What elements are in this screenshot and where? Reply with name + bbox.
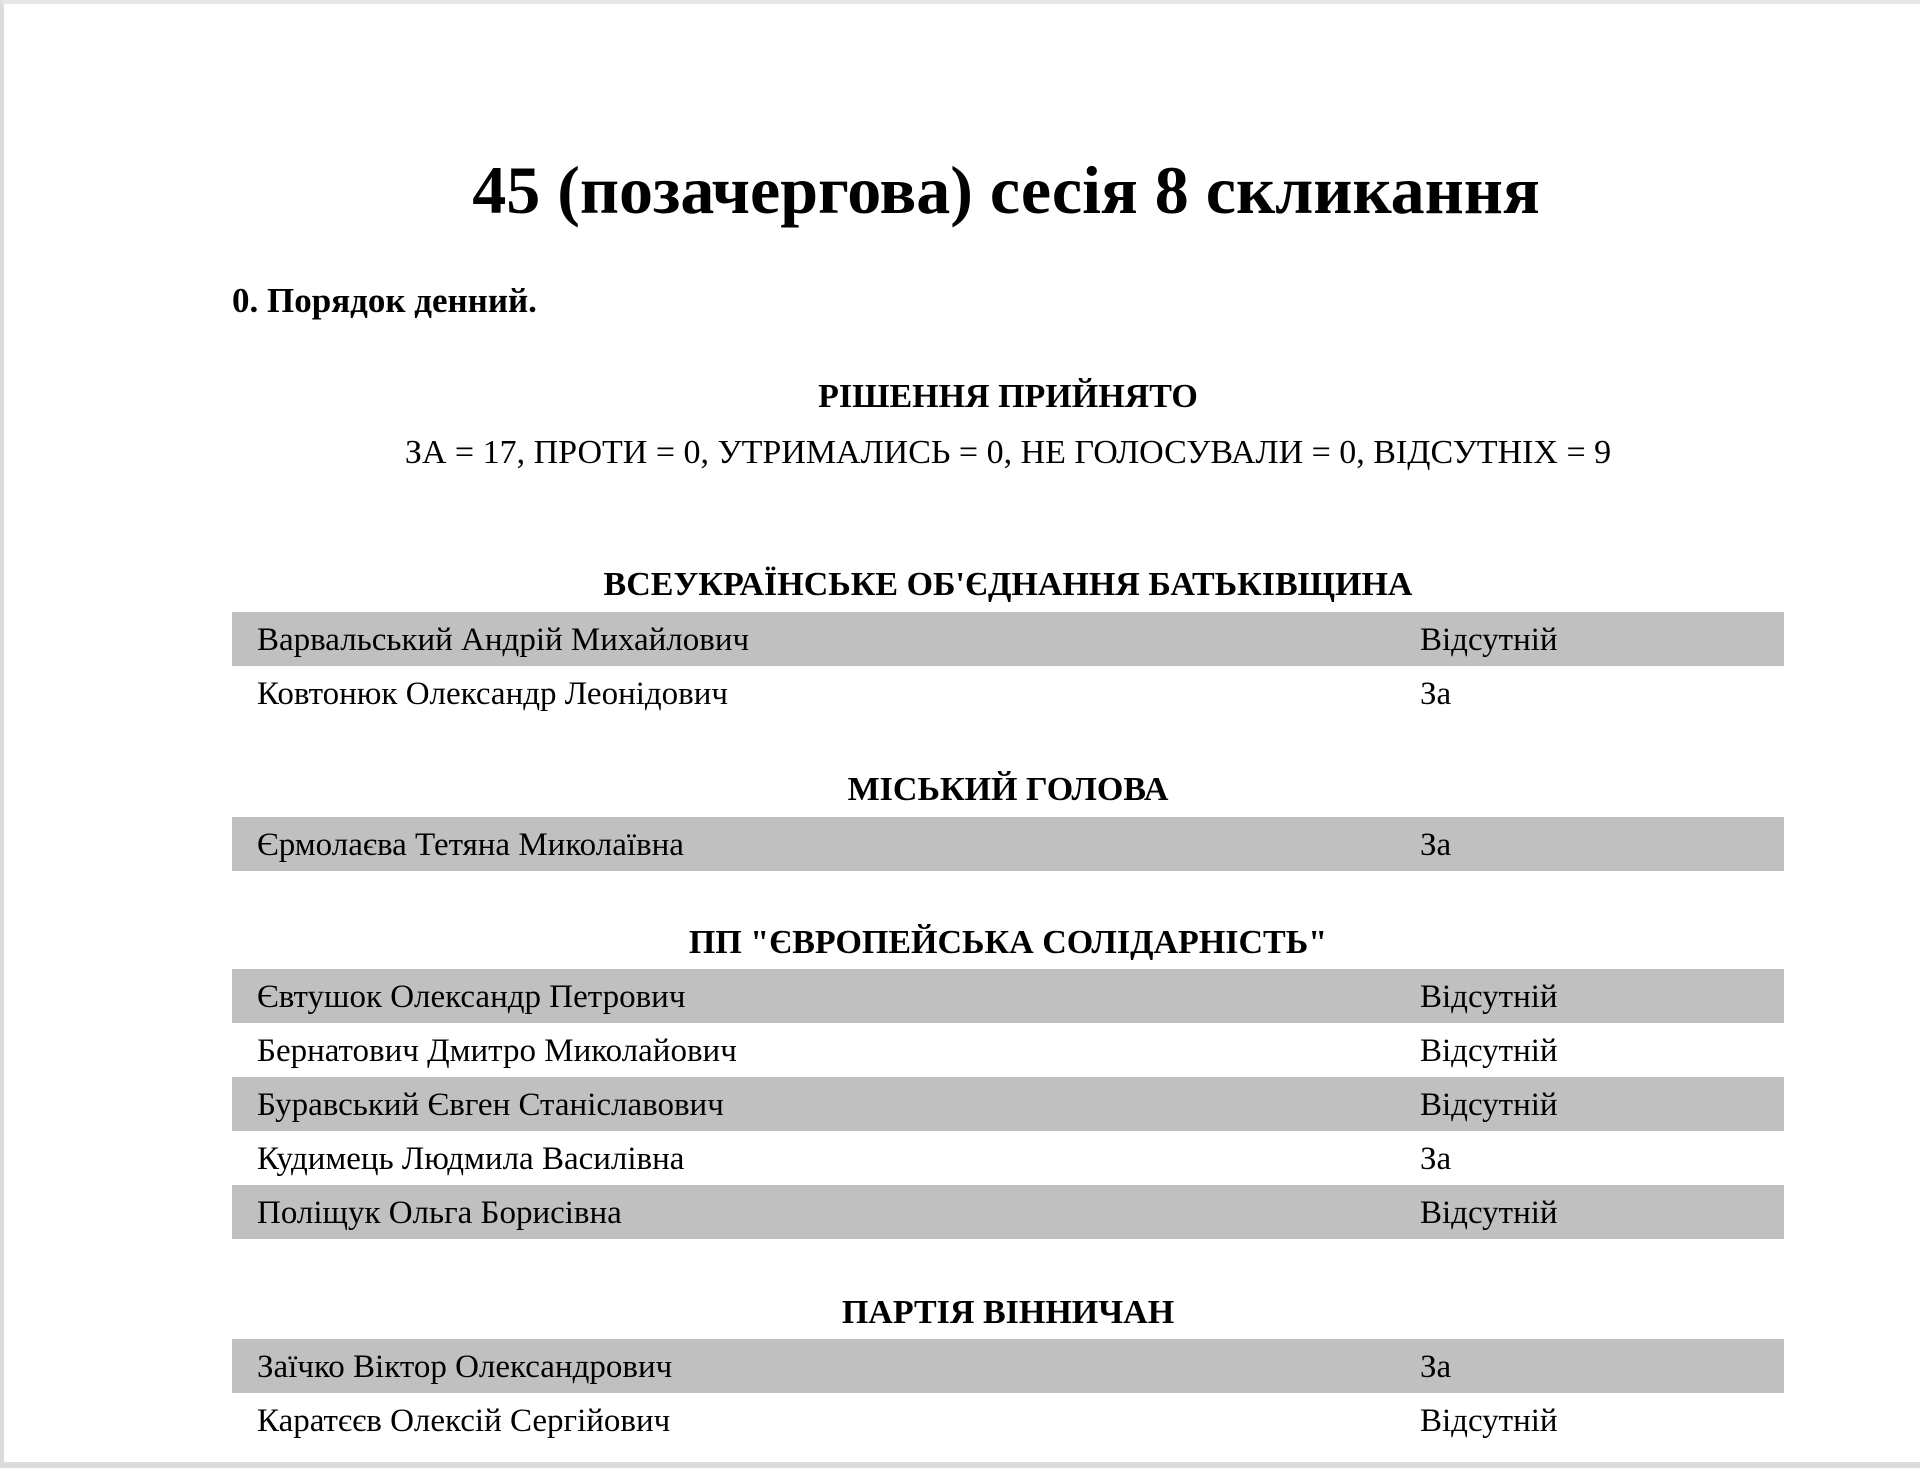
member-row: Бернатович Дмитро Миколайович Відсутній <box>232 1023 1784 1077</box>
member-vote: За <box>1420 1139 1451 1179</box>
agenda-item-heading: 0. Порядок денний. <box>232 280 537 322</box>
member-name: Варвальський Андрій Михайлович <box>257 620 749 660</box>
member-name: Заїчко Віктор Олександрович <box>257 1347 672 1387</box>
vote-tally: ЗА = 17, ПРОТИ = 0, УТРИМАЛИСЬ = 0, НЕ Г… <box>232 432 1784 474</box>
member-row: Євтушок Олександр Петрович Відсутній <box>232 969 1784 1023</box>
member-name: Каратєєв Олексій Сергійович <box>257 1401 670 1441</box>
party-title: МІСЬКИЙ ГОЛОВА <box>232 768 1784 812</box>
member-vote: За <box>1420 825 1451 865</box>
member-name: Єрмолаєва Тетяна Миколаївна <box>257 825 684 865</box>
member-row: Варвальський Андрій Михайлович Відсутній <box>232 612 1784 666</box>
party-section: ВСЕУКРАЇНСЬКЕ ОБ'ЄДНАННЯ БАТЬКІВЩИНА Вар… <box>232 563 1784 720</box>
member-vote: Відсутній <box>1420 977 1558 1017</box>
member-vote: За <box>1420 1347 1451 1387</box>
party-section: ПАРТІЯ ВІННИЧАН Заїчко Віктор Олександро… <box>232 1291 1784 1447</box>
member-row: Поліщук Ольга Борисівна Відсутній <box>232 1185 1784 1239</box>
party-title: ВСЕУКРАЇНСЬКЕ ОБ'ЄДНАННЯ БАТЬКІВЩИНА <box>232 563 1784 607</box>
document-title: 45 (позачергова) сесія 8 скликання <box>0 150 1920 230</box>
member-row: Ковтонюк Олександр Леонідович За <box>232 666 1784 720</box>
member-vote: Відсутній <box>1420 1085 1558 1125</box>
member-row: Кудимець Людмила Василівна За <box>232 1131 1784 1185</box>
member-vote: За <box>1420 674 1451 714</box>
member-list: Єрмолаєва Тетяна Миколаївна За <box>232 817 1784 871</box>
member-list: Євтушок Олександр Петрович Відсутній Бер… <box>232 969 1784 1239</box>
member-vote: Відсутній <box>1420 1401 1558 1441</box>
member-row: Буравський Євген Станіславович Відсутній <box>232 1077 1784 1131</box>
member-row: Єрмолаєва Тетяна Миколаївна За <box>232 817 1784 871</box>
member-row: Каратєєв Олексій Сергійович Відсутній <box>232 1393 1784 1447</box>
member-vote: Відсутній <box>1420 1193 1558 1233</box>
member-vote: Відсутній <box>1420 620 1558 660</box>
party-title: ПП "ЄВРОПЕЙСЬКА СОЛІДАРНІСТЬ" <box>232 921 1784 965</box>
party-section: ПП "ЄВРОПЕЙСЬКА СОЛІДАРНІСТЬ" Євтушок Ол… <box>232 921 1784 1239</box>
member-name: Євтушок Олександр Петрович <box>257 977 685 1017</box>
member-name: Буравський Євген Станіславович <box>257 1085 724 1125</box>
party-title: ПАРТІЯ ВІННИЧАН <box>232 1291 1784 1335</box>
party-section: МІСЬКИЙ ГОЛОВА Єрмолаєва Тетяна Миколаїв… <box>232 768 1784 871</box>
decision-status: РІШЕННЯ ПРИЙНЯТО <box>232 376 1784 418</box>
member-name: Кудимець Людмила Василівна <box>257 1139 684 1179</box>
member-vote: Відсутній <box>1420 1031 1558 1071</box>
member-name: Бернатович Дмитро Миколайович <box>257 1031 737 1071</box>
member-row: Заїчко Віктор Олександрович За <box>232 1339 1784 1393</box>
member-list: Заїчко Віктор Олександрович За Каратєєв … <box>232 1339 1784 1447</box>
member-name: Ковтонюк Олександр Леонідович <box>257 674 728 714</box>
member-name: Поліщук Ольга Борисівна <box>257 1193 622 1233</box>
member-list: Варвальський Андрій Михайлович Відсутній… <box>232 612 1784 720</box>
